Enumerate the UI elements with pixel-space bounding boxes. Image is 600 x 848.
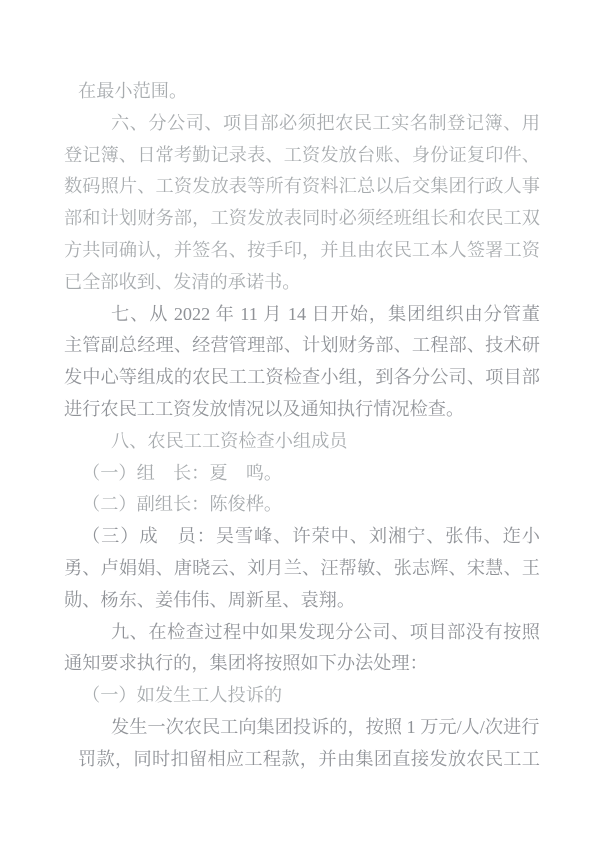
text-line: （三）成 员：吴雪峰、许荣中、刘湘宁、张伟、迮小 — [64, 521, 540, 553]
text-line: 进行农民工工资发放情况以及通知执行情况检查。 — [64, 394, 540, 426]
text-line: 通知要求执行的，集团将按照如下办法处理： — [64, 648, 540, 680]
text-line: 主管副总经理、经营管理部、计划财务部、工程部、技术研 — [64, 330, 540, 362]
document-body: 在最小范围。六、分公司、项目部必须把农民工实名制登记簿、用工登记簿、日常考勤记录… — [64, 76, 540, 776]
text-line: 登记簿、日常考勤记录表、工资发放台账、身份证复印件、 — [64, 140, 540, 172]
text-line: 部和计划财务部，工资发放表同时必须经班组长和农民工双 — [64, 203, 540, 235]
text-line: 九、在检查过程中如果发现分公司、项目部没有按照本 — [64, 617, 540, 649]
text-line: 数码照片、工资发放表等所有资料汇总以后交集团行政人事 — [64, 171, 540, 203]
text-line: （一）如发生工人投诉的 — [64, 680, 540, 712]
text-line: （二）副组长：陈俊桦。 — [64, 489, 540, 521]
text-line: 八、农民工工资检查小组成员 — [64, 426, 540, 458]
text-line: 七、从 2022 年 11 月 14 日开始，集团组织由分管董事、 — [64, 299, 540, 331]
text-line: 罚款，同时扣留相应工程款，并由集团直接发放农民工工资。 — [64, 744, 540, 776]
text-line: 方共同确认，并签名、按手印，并且由农民工本人签署工资 — [64, 235, 540, 267]
text-line: 在最小范围。 — [64, 76, 540, 108]
text-line: 发中心等组成的农民工工资检查小组，到各分公司、项目部 — [64, 362, 540, 394]
text-line: 勇、卢娟娟、唐晓云、刘月兰、汪帮敏、张志辉、宋慧、王 — [64, 553, 540, 585]
text-line: 六、分公司、项目部必须把农民工实名制登记簿、用工 — [64, 108, 540, 140]
text-line: 勋、杨东、姜伟伟、周新星、袁翔。 — [64, 585, 540, 617]
text-line: 已全部收到、发清的承诺书。 — [64, 267, 540, 299]
text-line: （一）组 长：夏 鸣。 — [64, 458, 540, 490]
document-page: 在最小范围。六、分公司、项目部必须把农民工实名制登记簿、用工登记簿、日常考勤记录… — [0, 0, 600, 848]
text-line: 发生一次农民工向集团投诉的，按照 1 万元/人/次进行 — [64, 712, 540, 744]
